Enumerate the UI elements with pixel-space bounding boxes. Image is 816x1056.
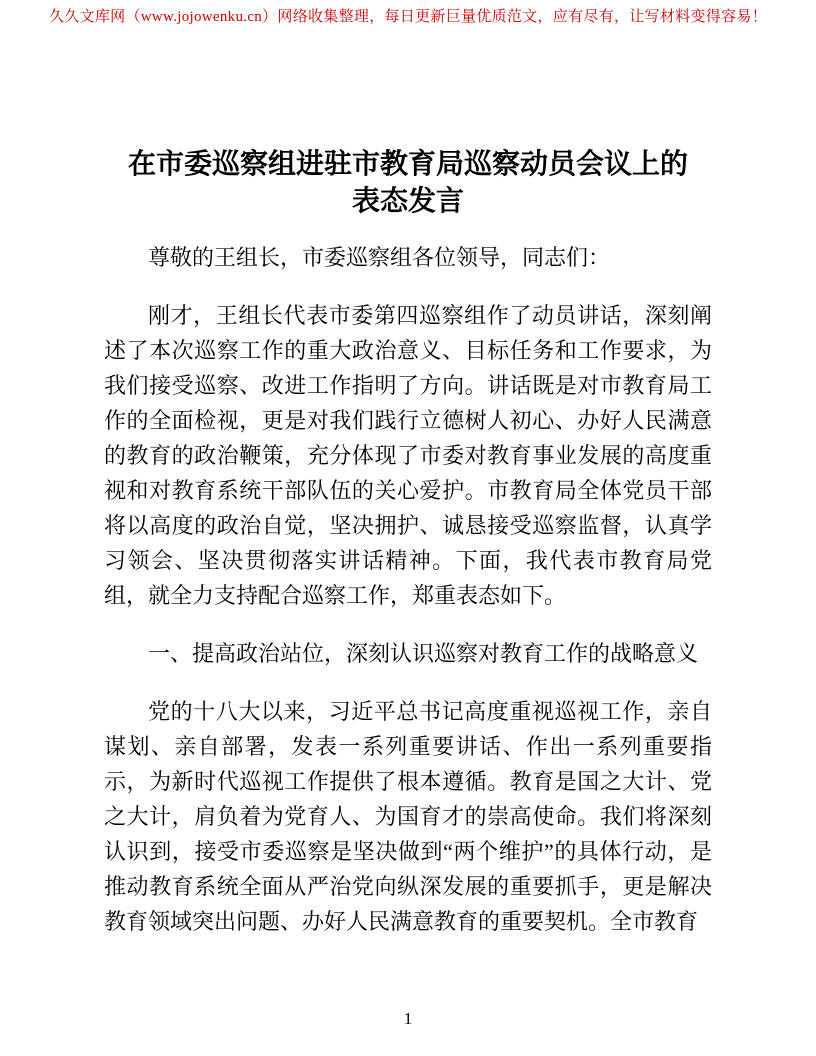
- document-title: 在市委巡察组进驻市教育局巡察动员会议上的表态发言: [115, 146, 701, 220]
- greeting-line: 尊敬的王组长，市委巡察组各位领导，同志们：: [104, 240, 712, 275]
- body-paragraph-2: 党的十八大以来，习近平总书记高度重视巡视工作，亲自谋划、亲自部署，发表一系列重要…: [104, 694, 712, 939]
- section-heading-1: 一、提高政治站位，深刻认识巡察对教育工作的战略意义: [104, 636, 712, 671]
- page-number: 1: [0, 1008, 816, 1030]
- body-paragraph-1: 刚才，王组长代表市委第四巡察组作了动员讲话，深刻阐述了本次巡察工作的重大政治意义…: [104, 298, 712, 613]
- document-page: 久久文库网（www.jojowenku.cn）网络收集整理，每日更新巨量优质范文…: [0, 0, 816, 1056]
- document-body: 在市委巡察组进驻市教育局巡察动员会议上的表态发言 尊敬的王组长，市委巡察组各位领…: [104, 0, 712, 939]
